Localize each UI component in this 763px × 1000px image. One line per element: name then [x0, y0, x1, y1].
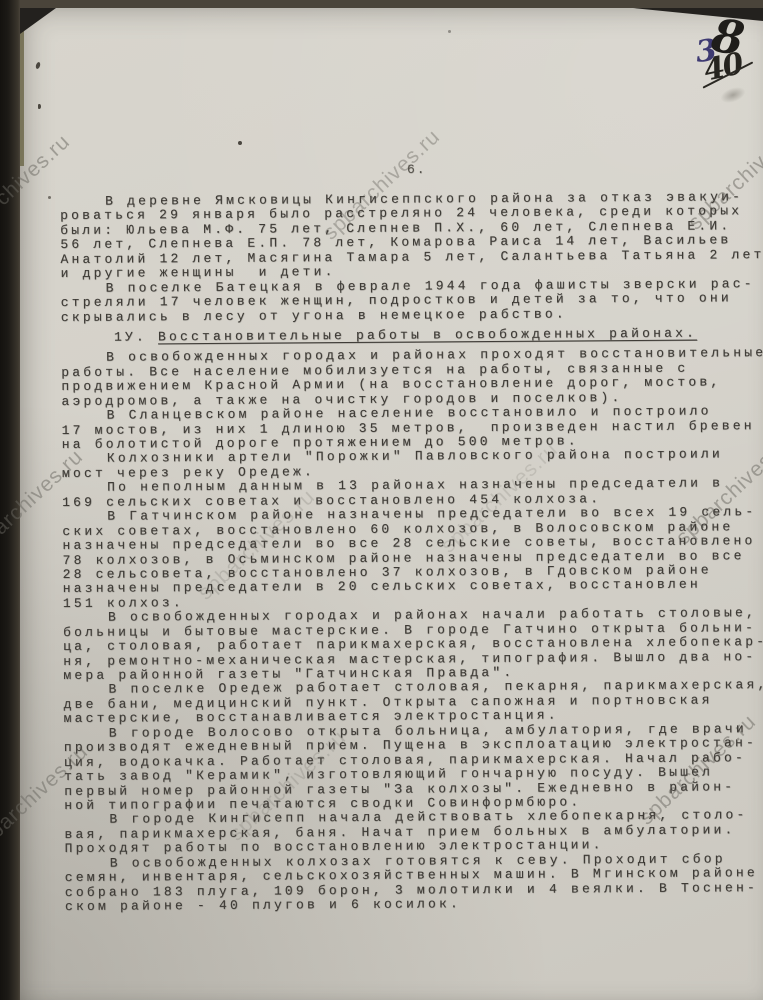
ink-speck [35, 62, 41, 70]
document-page: spbarchives.ru spbarchives.ru spbarchive… [20, 8, 763, 1000]
ink-speck [448, 30, 451, 33]
ink-speck [48, 196, 51, 199]
text-flow: В деревне Ямсковицы Кингисеппского район… [60, 190, 763, 914]
heading-numeral: 1У. [114, 329, 158, 344]
typed-page-number: 6. [407, 162, 427, 177]
corner-shadow-top-left [20, 8, 56, 34]
ink-speck [238, 141, 242, 145]
scan-background: spbarchives.ru spbarchives.ru spbarchive… [0, 0, 763, 1000]
heading-title: Восстановительные работы в освобожденных… [158, 325, 697, 344]
ink-smudge [718, 84, 747, 106]
ink-speck [38, 104, 41, 109]
text-line: скрывались в лесу от угона в немецкое ра… [61, 306, 763, 325]
section-heading: 1У. Восстановительные работы в освобожде… [61, 326, 763, 345]
text-line: ском районе - 40 плугов и 6 косилок. [65, 895, 763, 914]
